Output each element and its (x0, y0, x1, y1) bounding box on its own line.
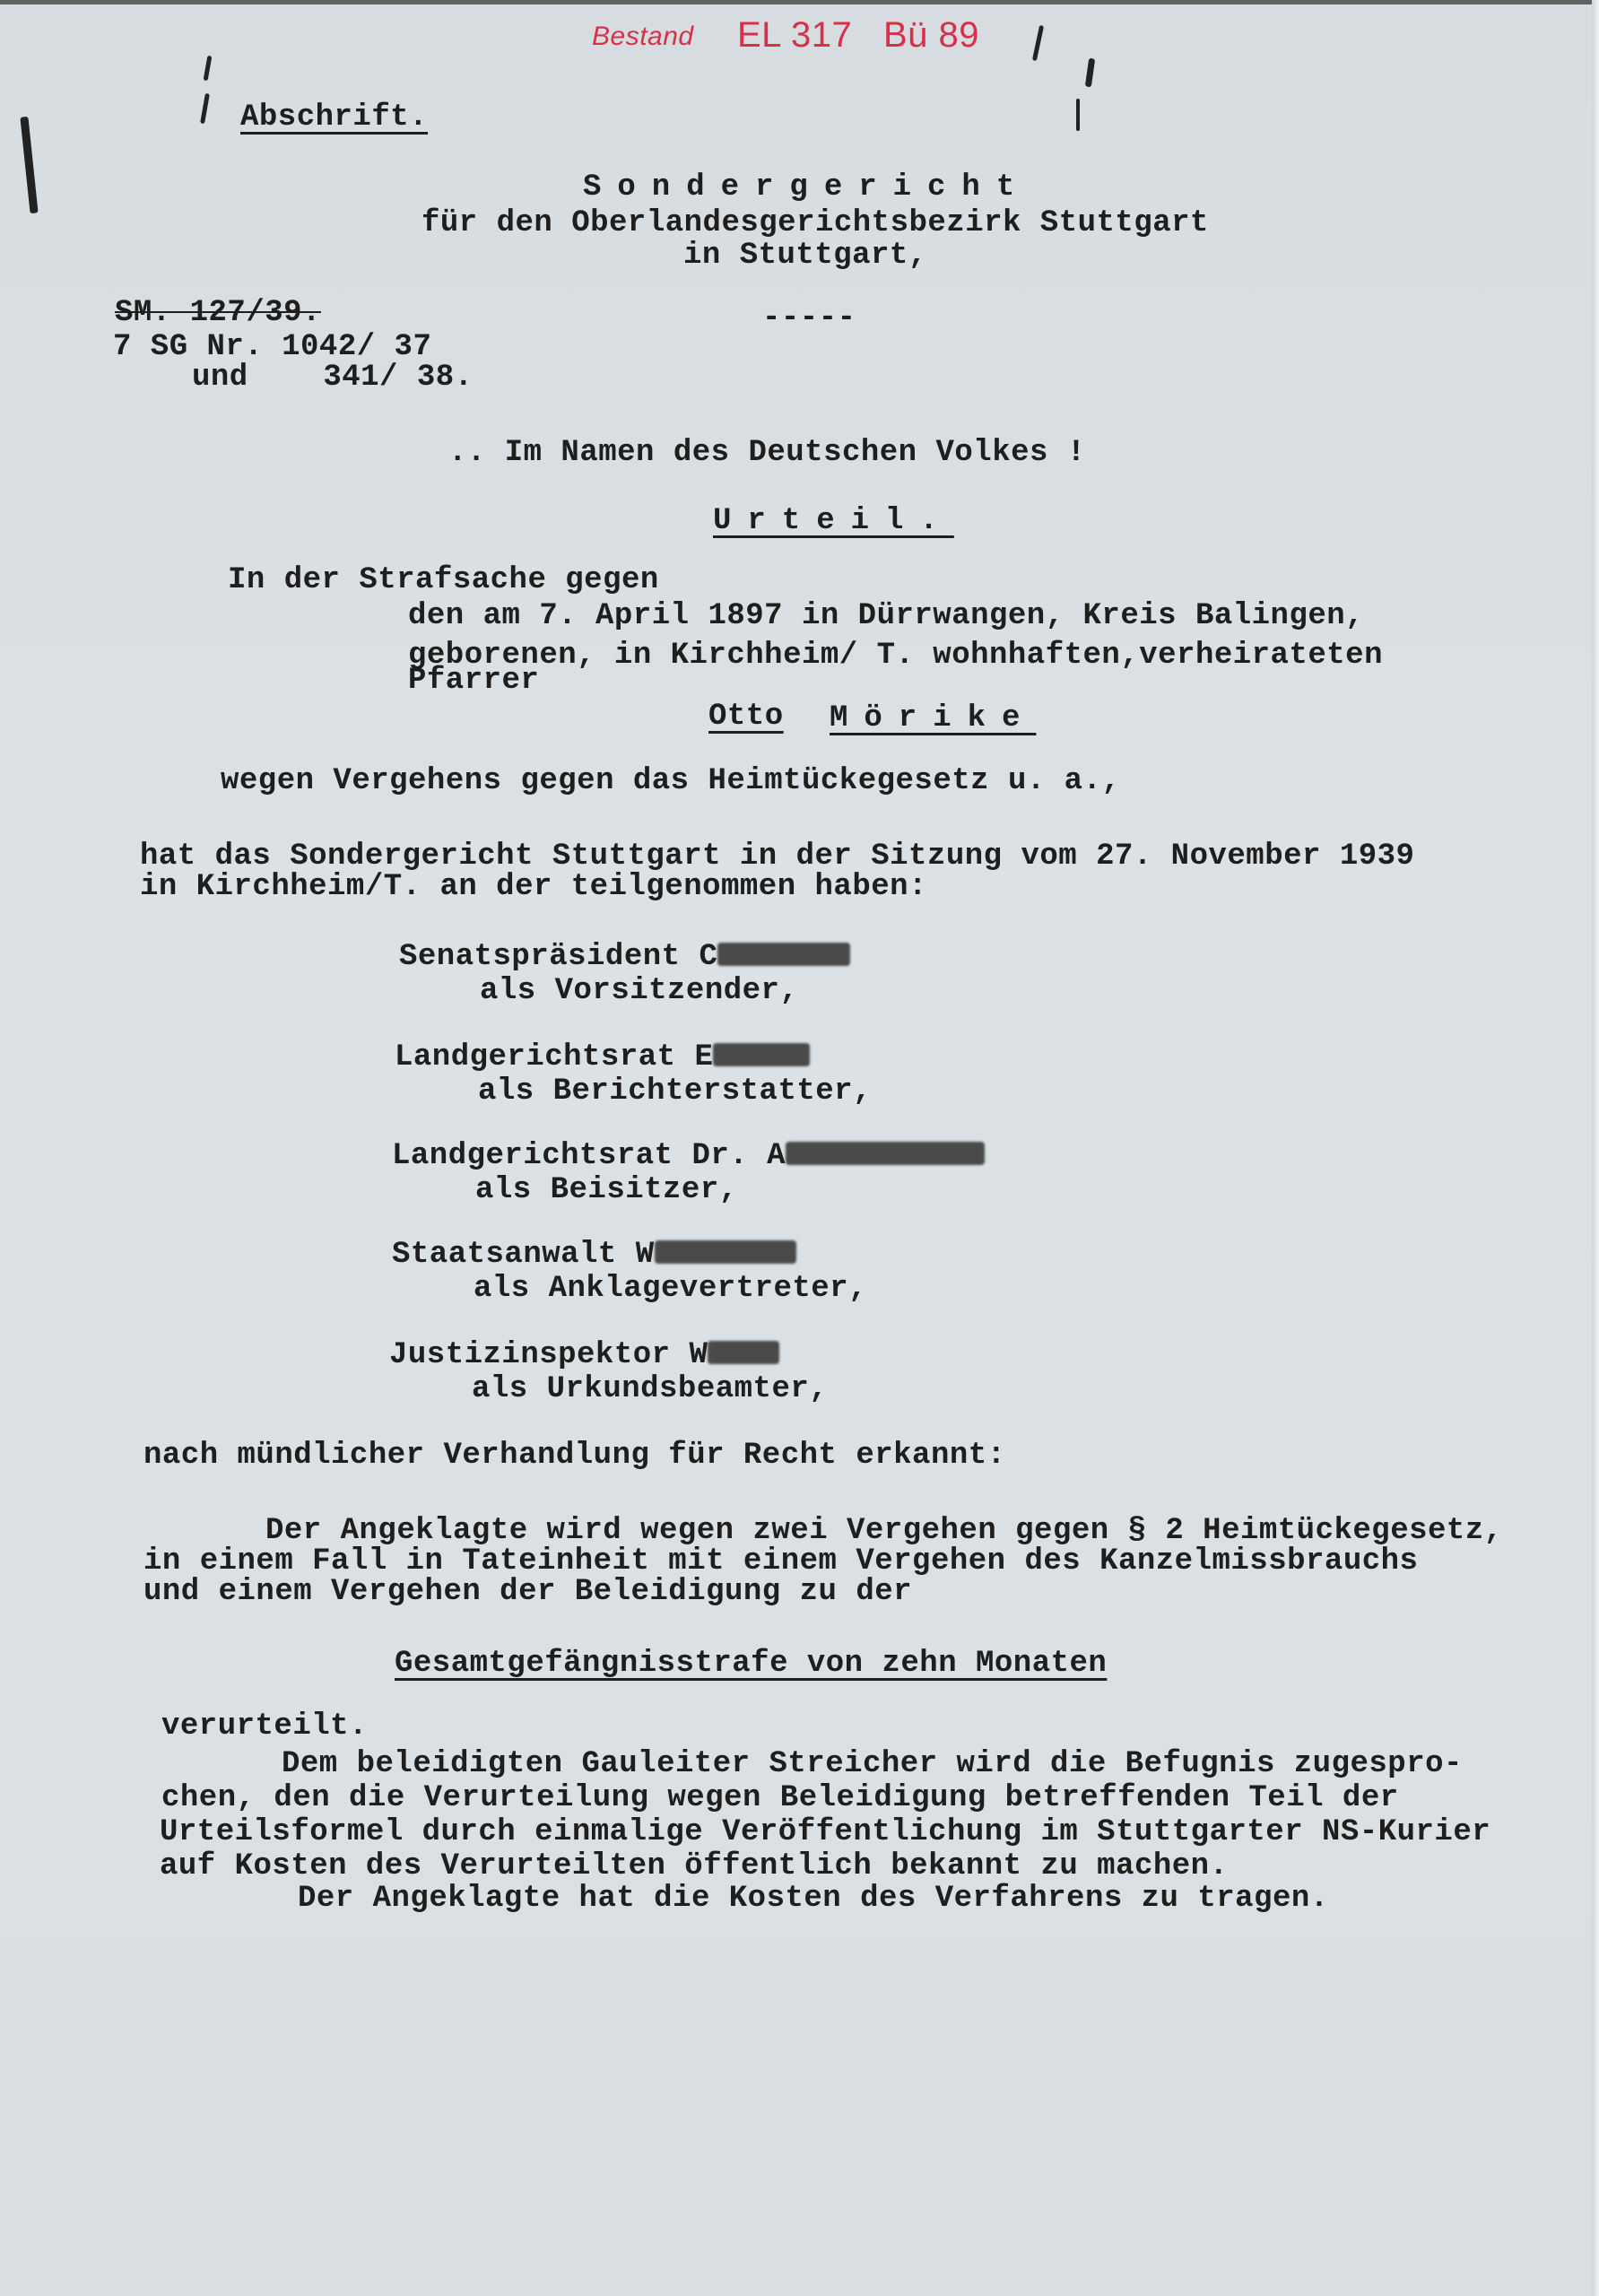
participant-role: als Anklagevertreter, (474, 1272, 867, 1306)
participant-title: Senatspräsident C (399, 940, 717, 974)
verdict-title: Urteil. (713, 504, 954, 538)
participant-assessor: Landgerichtsrat Dr. A (392, 1139, 985, 1173)
file-number-sg-second: und 341/ 38. (192, 361, 474, 395)
verdict-p3: Der Angeklagte hat die Kosten des Verfah… (298, 1882, 1329, 1916)
participant-title: Landgerichtsrat E (395, 1040, 713, 1074)
margin-mark (1032, 25, 1044, 61)
redaction (655, 1240, 796, 1264)
verdict-p2-line-2: chen, den die Verurteilung wegen Beleidi… (161, 1781, 1399, 1815)
session-line-1: hat das Sondergericht Stuttgart in der S… (140, 839, 1414, 874)
case-line-1: den am 7. April 1897 in Dürrwangen, Krei… (408, 599, 1364, 633)
participant-title: Landgerichtsrat Dr. A (392, 1139, 786, 1173)
redaction (713, 1043, 810, 1066)
copy-mark: Abschrift. (240, 100, 428, 135)
participant-presiding: Senatspräsident C (399, 940, 850, 974)
verdict-p1-line-2: in einem Fall in Tateinheit mit einem Ve… (143, 1544, 1418, 1578)
sentenced: verurteilt. (161, 1709, 368, 1744)
session-line-2: in Kirchheim/T. an der teilgenommen habe… (140, 870, 927, 904)
court-seat: in Stuttgart, (683, 239, 927, 273)
court-district: für den Oberlandesgerichtsbezirk Stuttga… (421, 206, 1209, 240)
court-title: Sondergericht (583, 170, 1030, 204)
participant-role: als Beisitzer, (475, 1173, 738, 1207)
case-line-2: geborenen, in Kirchheim/ T. wohnhaften,v… (408, 639, 1383, 673)
participant-reporter: Landgerichtsrat E (395, 1040, 810, 1074)
archive-stamp-fonds: EL 317 (737, 18, 852, 52)
defendant-last-name: Mörike (830, 701, 1036, 735)
verdict-p1-line-3: und einem Vergehen der Beleidigung zu de… (143, 1575, 912, 1609)
redaction (717, 943, 850, 966)
verdict-p1-line-1: Der Angeklagte wird wegen zwei Vergehen … (265, 1514, 1503, 1548)
participant-role: als Urkundsbeamter, (472, 1372, 828, 1406)
margin-mark (200, 93, 210, 124)
file-number-sg: 7 SG Nr. 1042/ 37 (113, 330, 431, 364)
participant-clerk: Justizinspektor W (389, 1338, 779, 1372)
verdict-p2-line-1: Dem beleidigten Gauleiter Streicher wird… (282, 1747, 1463, 1781)
scan-right-edge (1592, 0, 1599, 2296)
participant-role: als Berichterstatter, (478, 1074, 872, 1109)
in-the-name-of: .. Im Namen des Deutschen Volkes ! (448, 436, 1086, 470)
recognized: nach mündlicher Verhandlung für Recht er… (143, 1439, 1006, 1473)
separator: ----- (762, 301, 856, 335)
archive-stamp-file: Bü 89 (883, 18, 979, 52)
case-intro: In der Strafsache gegen (228, 563, 659, 597)
charge: wegen Vergehens gegen das Heimtückegeset… (221, 764, 1120, 798)
case-line-3: Pfarrer (408, 664, 539, 698)
archive-stamp-label: Bestand (592, 20, 694, 54)
scan-top-edge (0, 0, 1599, 4)
participant-title: Staatsanwalt W (392, 1238, 655, 1272)
verdict-p2-line-4: auf Kosten des Verurteilten öffentlich b… (160, 1849, 1229, 1883)
redaction (708, 1341, 779, 1364)
sentence: Gesamtgefängnisstrafe von zehn Monaten (395, 1647, 1107, 1681)
document-page: Bestand EL 317 Bü 89 Abschrift. Sonderge… (0, 0, 1599, 2296)
participant-role: als Vorsitzender, (480, 974, 798, 1008)
verdict-p2-line-3: Urteilsformel durch einmalige Veröffentl… (160, 1815, 1490, 1849)
redaction (786, 1142, 985, 1165)
file-number-sm: SM. 127/39. (115, 296, 321, 330)
margin-mark (1076, 99, 1080, 131)
defendant-first-name: Otto (708, 700, 784, 734)
participant-prosecutor: Staatsanwalt W (392, 1238, 796, 1272)
margin-mark (1085, 58, 1095, 88)
participant-title: Justizinspektor W (389, 1338, 708, 1372)
margin-mark (204, 56, 213, 81)
margin-mark (20, 117, 38, 213)
